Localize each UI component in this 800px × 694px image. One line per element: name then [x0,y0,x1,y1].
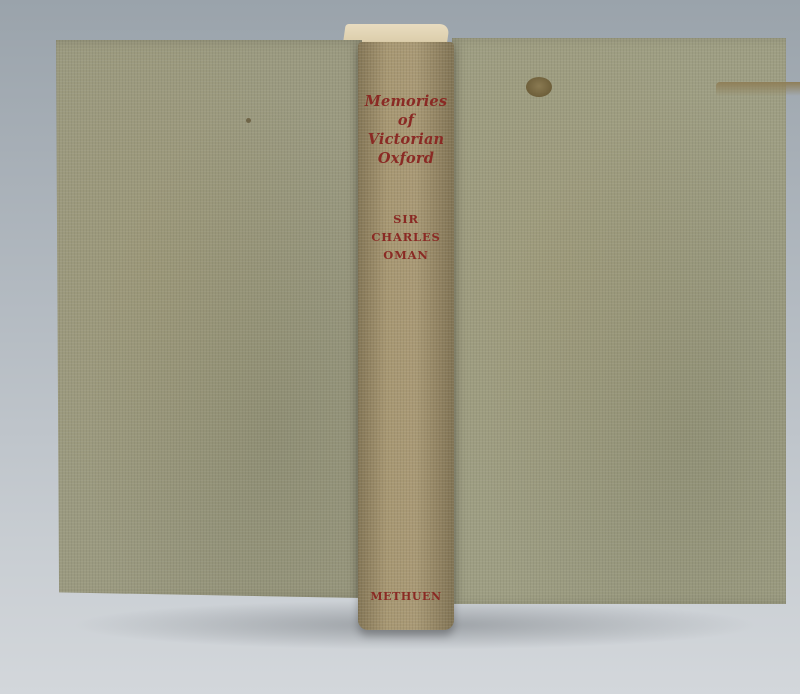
spine-title: Memories of Victorian Oxford [358,92,454,168]
spine-title-line: of [358,111,454,130]
photo-scene: Memories of Victorian Oxford SIR CHARLES… [0,0,800,694]
spine-title-line: Victorian [358,130,454,149]
stain-mark [526,77,552,97]
spine-title-line: Oxford [358,149,454,168]
spine-publisher: METHUEN [358,590,454,603]
spine-author-line: SIR [358,210,454,228]
spot-mark [246,118,251,123]
book-spine: Memories of Victorian Oxford SIR CHARLES… [358,42,454,630]
back-board [56,40,362,598]
spine-author-line: CHARLES [358,228,454,246]
spine-title-line: Memories [358,92,454,111]
spine-author-line: OMAN [358,246,454,264]
spine-headcap [716,82,800,96]
spine-author: SIR CHARLES OMAN [358,210,454,264]
front-board [452,38,786,604]
